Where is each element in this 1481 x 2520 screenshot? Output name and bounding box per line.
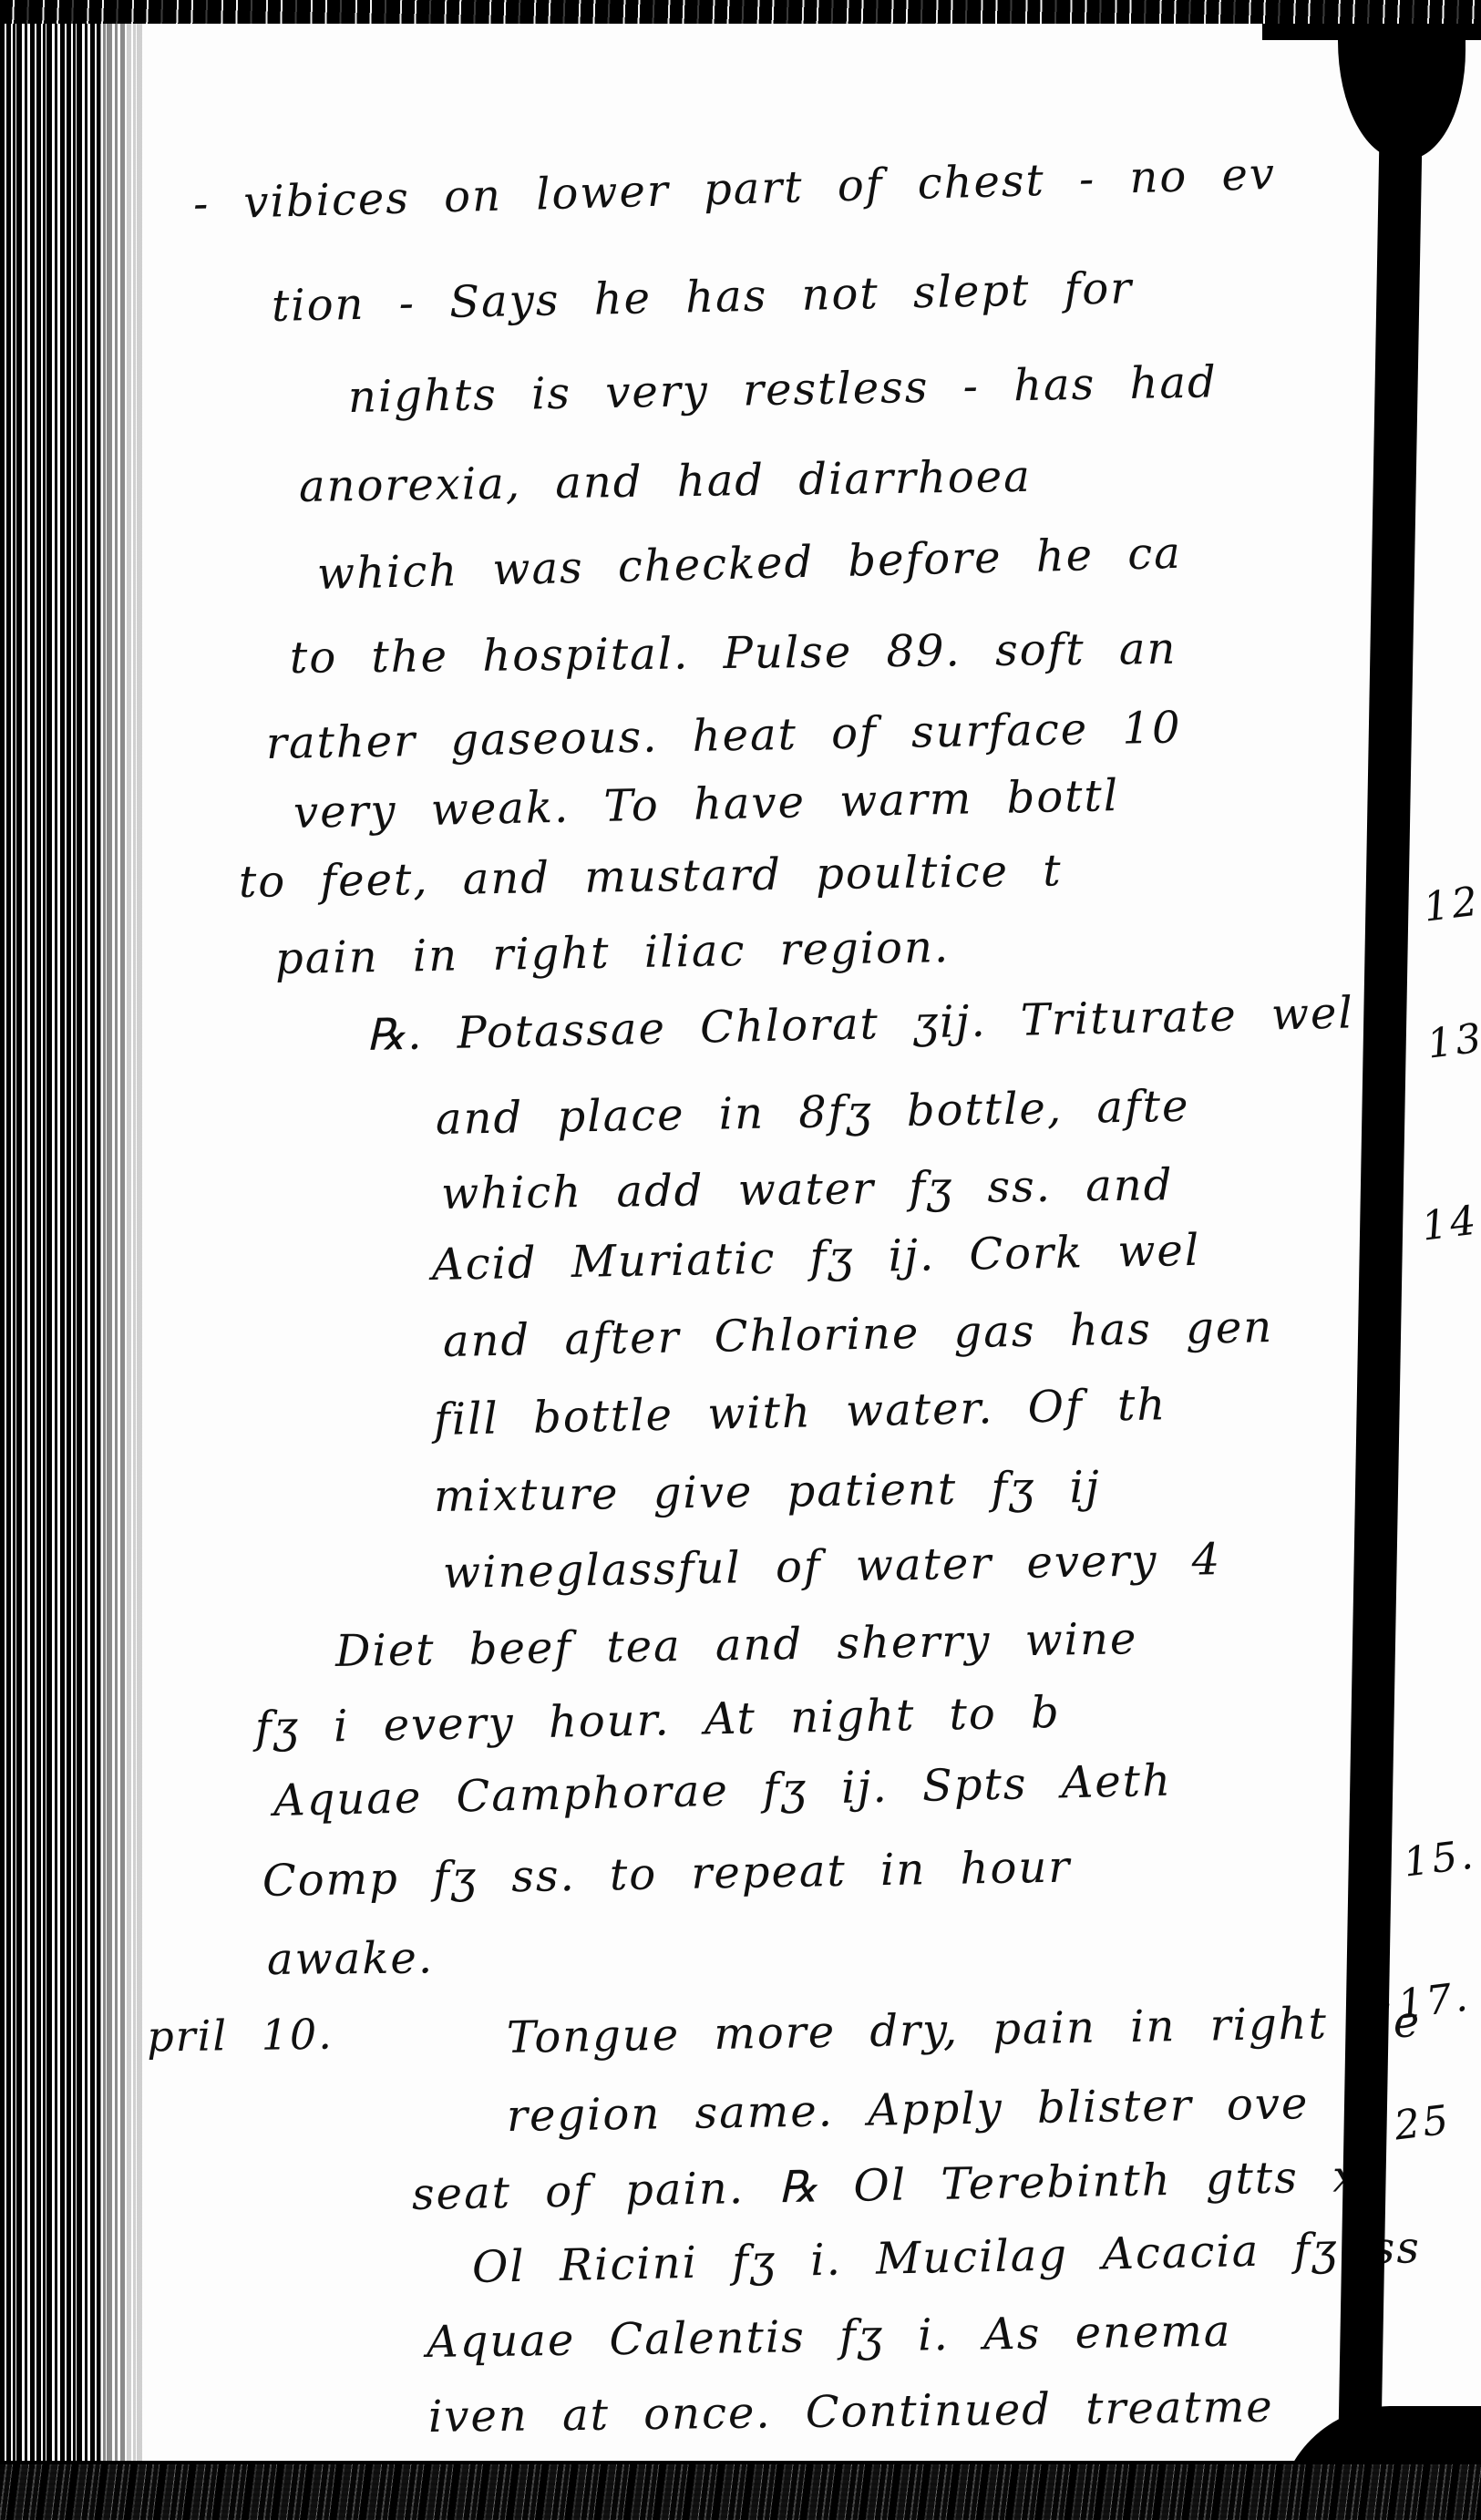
handwritten-line: fill bottle with water. Of th bbox=[433, 1383, 1167, 1442]
handwritten-line: iven at once. Continued treatme bbox=[428, 2385, 1274, 2439]
scan-noise-bottom-edge bbox=[0, 2461, 1481, 2520]
book-page-edges bbox=[0, 15, 144, 2520]
handwritten-line: mixture give patient fʒ ij bbox=[434, 1466, 1101, 1518]
handwritten-line: Diet beef tea and sherry wine bbox=[335, 1617, 1138, 1673]
handwritten-line: and after Chlorine gas has gen bbox=[443, 1305, 1274, 1363]
handwritten-line: Aquae Camphorae fʒ ij. Spts Aeth bbox=[273, 1759, 1172, 1823]
margin-day-number: 25 bbox=[1392, 2096, 1454, 2149]
margin-day-number: 13. bbox=[1424, 1013, 1481, 1067]
handwritten-line: which was checked before he ca bbox=[316, 531, 1182, 596]
margin-day-number: 17. bbox=[1395, 1973, 1473, 2028]
handwritten-line-prescription: seat of pain. ℞ Ol Terebinth gtts xx bbox=[412, 2154, 1386, 2217]
handwriting-block: - vibices on lower part of chest - no ev… bbox=[0, 0, 1433, 2520]
handwritten-line: awake. bbox=[267, 1936, 434, 1981]
handwritten-line: pain in right iliac region. bbox=[275, 925, 951, 981]
handwritten-line: nights is very restless - has had bbox=[348, 360, 1219, 419]
handwritten-line: Aquae Calentis fʒ i. As enema bbox=[427, 2309, 1232, 2364]
scan-noise-top-edge bbox=[0, 0, 1481, 24]
margin-day-number: 12. bbox=[1421, 876, 1481, 931]
handwritten-line: Ol Ricini fʒ i. Mucilag Acacia fʒ ss bbox=[471, 2226, 1421, 2289]
handwritten-line: and place in 8fʒ bottle, afte bbox=[436, 1085, 1190, 1141]
entry-date-label: April 10. bbox=[115, 2013, 334, 2058]
handwritten-line: rather gaseous. heat of surface 10 bbox=[266, 705, 1182, 766]
handwritten-line: region same. Apply blister ove bbox=[507, 2082, 1310, 2138]
handwritten-line-prescription: ℞. Potassae Chlorat ʒij. Triturate wel bbox=[365, 991, 1354, 1057]
handwritten-line: to feet, and mustard poultice t bbox=[239, 849, 1063, 904]
handwritten-line: tion - Says he has not slept for bbox=[271, 266, 1133, 328]
handwritten-line: Comp fʒ ss. to repeat in hour bbox=[262, 1846, 1072, 1903]
handwritten-line: wineglassful of water every 4 bbox=[443, 1538, 1222, 1595]
margin-day-number: 15. bbox=[1401, 1831, 1478, 1886]
scanned-page: - vibices on lower part of chest - no ev… bbox=[0, 0, 1481, 2520]
handwritten-line: to the hospital. Pulse 89. soft an bbox=[290, 627, 1178, 680]
handwritten-line: Acid Muriatic fʒ ij. Cork wel bbox=[432, 1229, 1201, 1287]
handwritten-line: Tongue more dry, pain in right ile bbox=[507, 2000, 1422, 2060]
handwritten-line: - vibices on lower part of chest - no ev bbox=[192, 152, 1276, 226]
handwritten-line: anorexia, and had diarrhoea bbox=[299, 455, 1032, 509]
handwritten-line: fʒ i every hour. At night to b bbox=[255, 1691, 1062, 1750]
handwritten-line: which add water fʒ ss. and bbox=[441, 1163, 1174, 1216]
margin-day-number: 14. bbox=[1419, 1195, 1481, 1250]
handwritten-line: very weak. To have warm bottl bbox=[293, 774, 1119, 835]
